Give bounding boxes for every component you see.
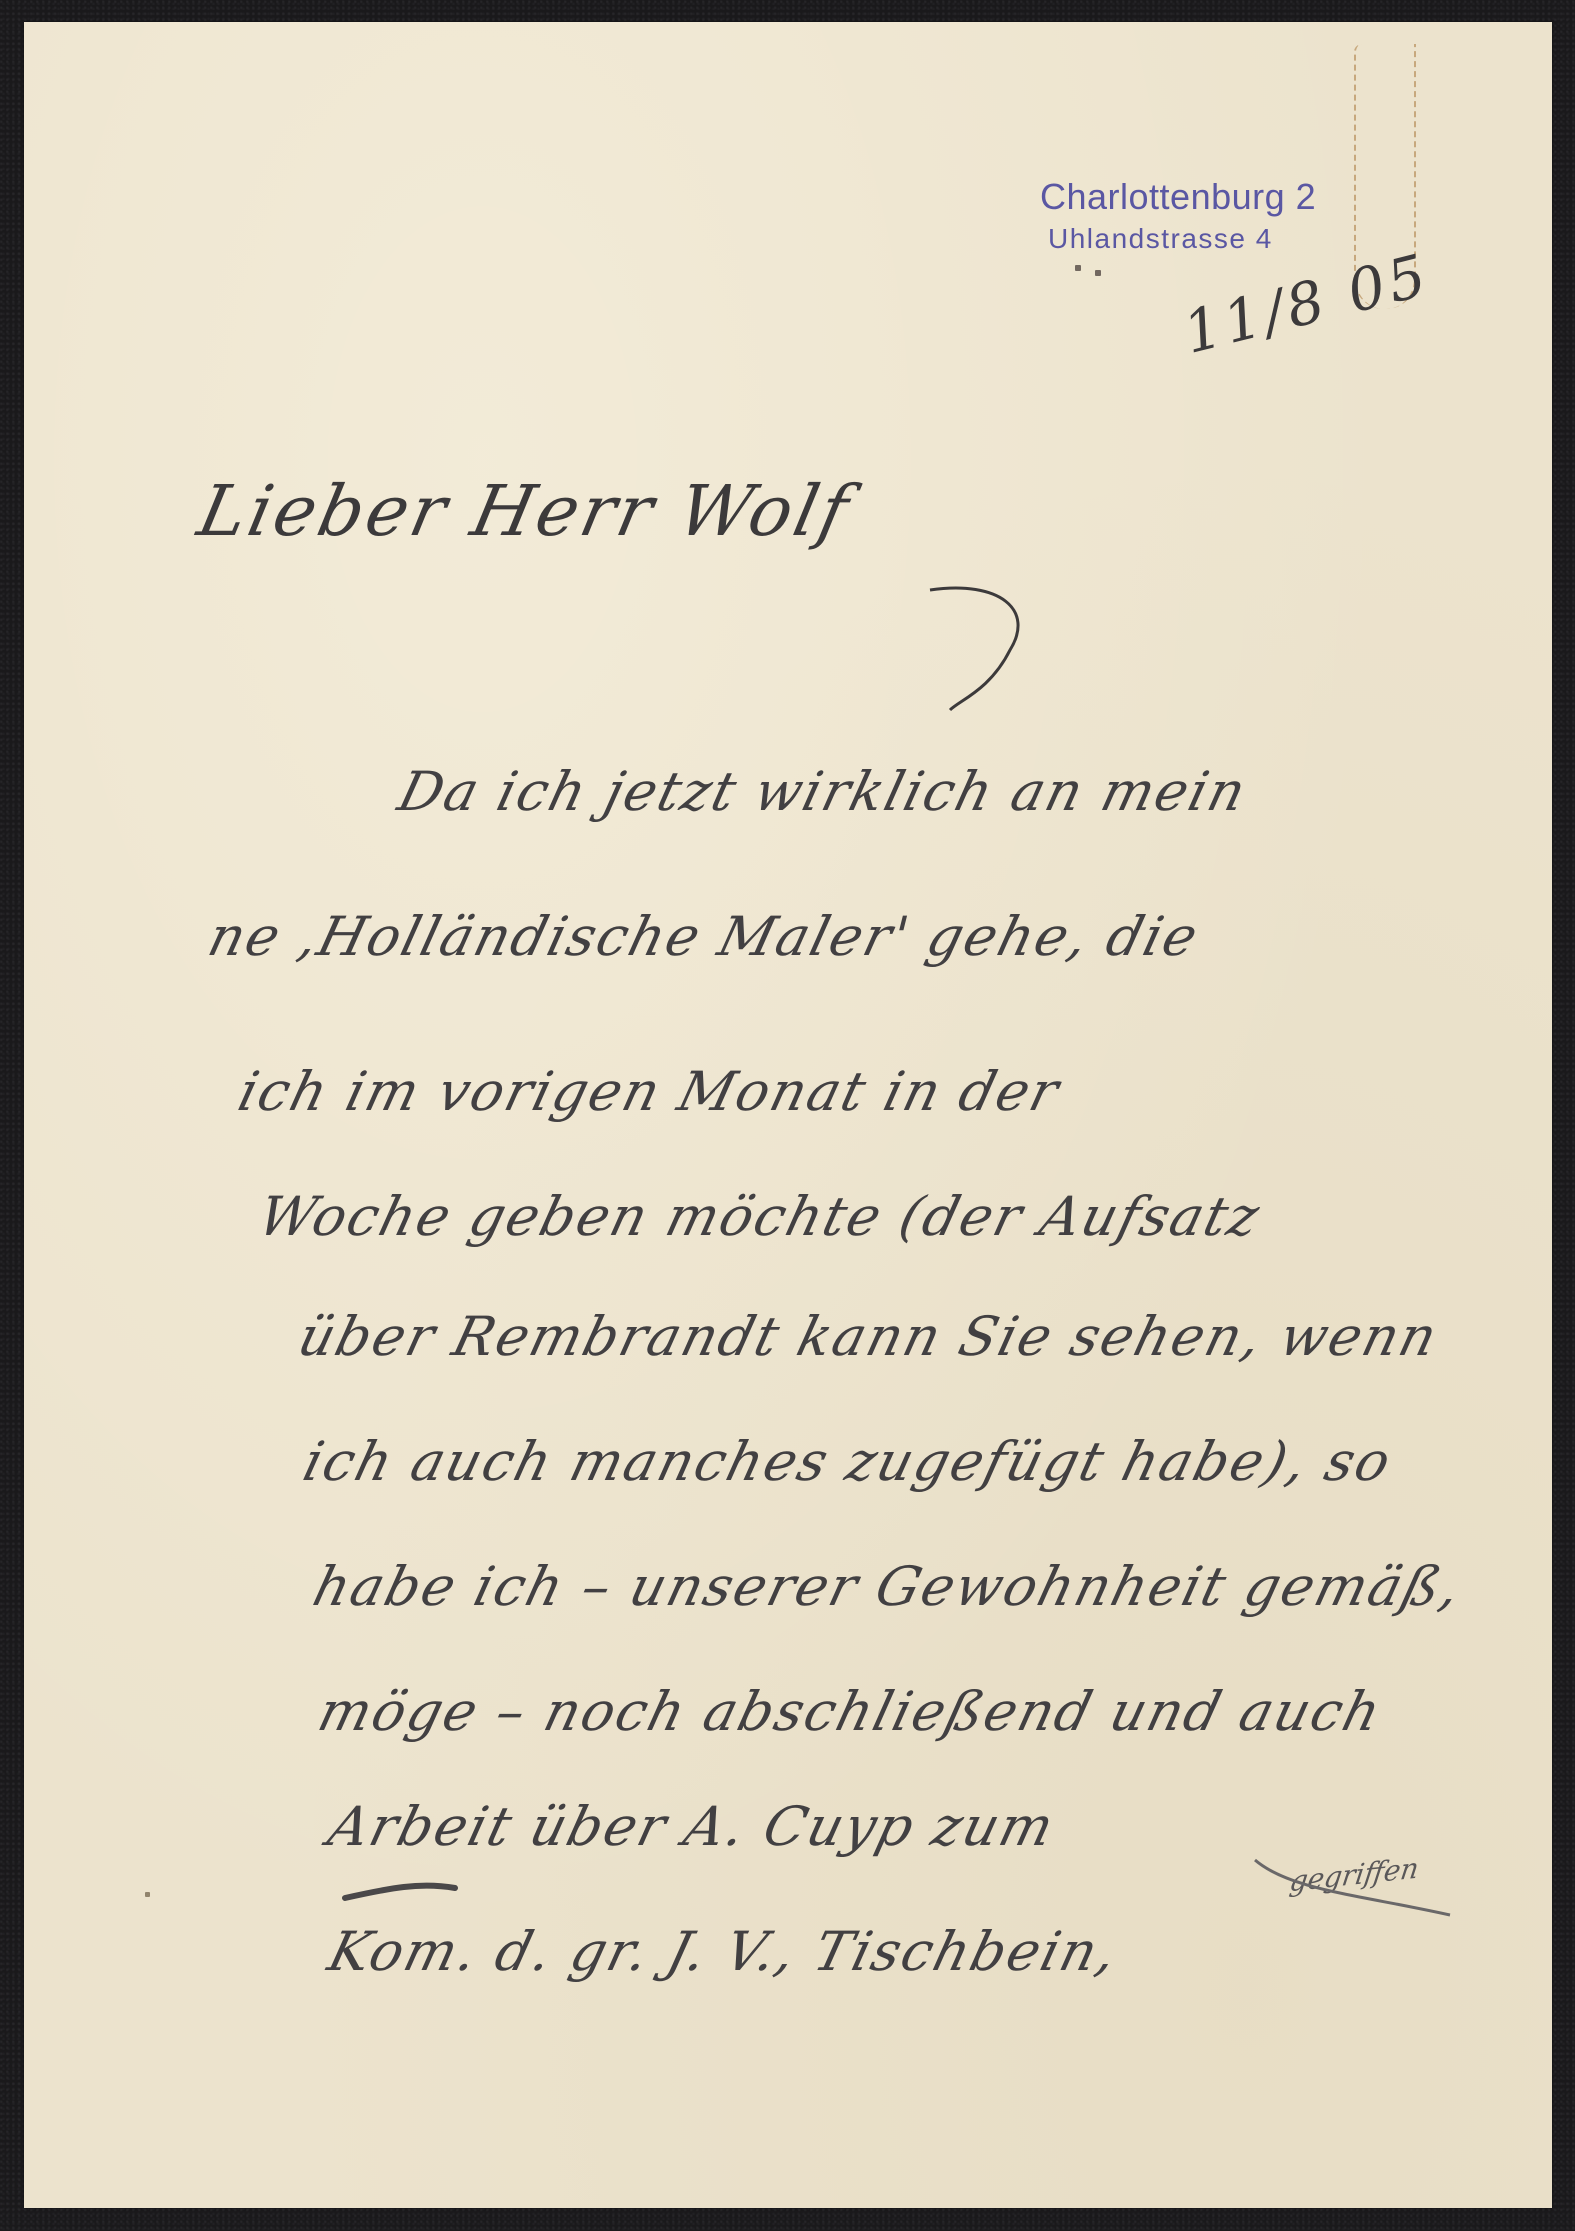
body-line-3: ich im vorigen Monat in der [232,1060,1067,1123]
body-line-2: ne ‚Holländische Maler' gehe, die [202,905,1206,968]
body-line-1: Da ich jetzt wirklich an mein [392,760,1254,823]
paper-blemish [145,1892,150,1897]
body-line-10: Kom. d. gr. J. V., Tischbein, [322,1920,1125,1983]
body-line-7: habe ich – unserer Gewohnheit gemäß, [307,1555,1468,1618]
salutation: Lieber Herr Wolf [191,470,858,552]
letterhead-city: Charlottenburg 2 [1040,175,1316,218]
ink-dot [1095,270,1101,276]
body-line-9: Arbeit über A. Cuyp zum [322,1795,1062,1858]
body-line-8: möge – noch abschließend und auch [312,1680,1389,1743]
body-line-4: Woche geben möchte (der Aufsatz [252,1185,1267,1248]
body-line-6: ich auch manches zugefügt habe), so [297,1430,1398,1493]
letterhead-street: Uhlandstrasse 4 [1048,222,1316,256]
ink-dot [1075,265,1081,271]
body-line-5: über Rembrandt kann Sie sehen, wenn [292,1305,1445,1368]
letterhead-stamp: Charlottenburg 2 Uhlandstrasse 4 [1040,175,1316,256]
